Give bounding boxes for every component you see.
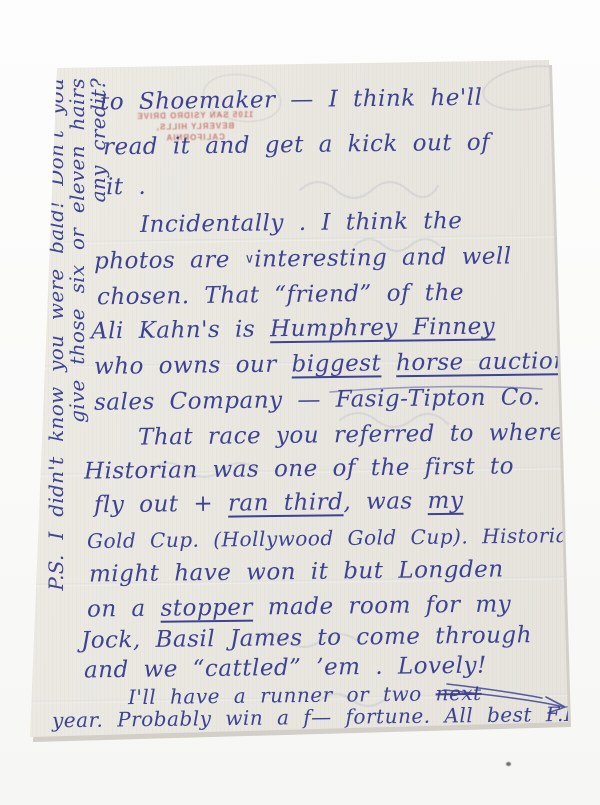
letter-line: to Shoemaker — I think he'll (100, 86, 483, 116)
letter-line: Historian was one of the first to (84, 454, 514, 485)
underlined-phrase: stopper (160, 595, 253, 622)
letter-line: photos are ∨interesting and well (94, 244, 512, 274)
letter-line: That race you referred to where (138, 420, 564, 450)
letter-line: read it and get a kick out of (103, 131, 491, 161)
letter-line: who owns our biggest horse auction (94, 349, 569, 380)
underlined-phrase: Humphrey Finney (270, 314, 495, 343)
letter-line: might have won it but Longden (89, 557, 504, 587)
ghost-seal-mark (479, 60, 580, 117)
underlined-phrase: my (427, 488, 463, 514)
letter-line: Incidentally . I think the (140, 209, 463, 238)
letter-line: Jock, Basil James to come through (81, 623, 532, 654)
letter-line: on a stopper made room for my (87, 592, 511, 622)
letter-paper: 1105 SAN YSIDRO DRIVE BEVERLY HILLS, CAL… (0, 0, 600, 805)
letter-line: chosen. That “friend” of the (97, 281, 464, 311)
underlined-phrase: biggest (291, 350, 381, 377)
scanned-letter: 1105 SAN YSIDRO DRIVE BEVERLY HILLS, CAL… (0, 0, 600, 805)
letter-line: fly out + ran third, was my (94, 489, 464, 519)
underlined-phrase: ran third (228, 489, 344, 516)
underlined-phrase: horse auction (396, 348, 569, 376)
letter-line: and we “cattled” ’em . Lovely! (84, 654, 487, 684)
margin-note-line: P.S. I didn't know you were bald! Don't … (46, 78, 67, 663)
insertion-caret: ∨ (245, 252, 255, 267)
margin-note-line: give those six or eleven hairs (67, 78, 88, 663)
letter-line: Gold Cup. (Hollywood Gold Cup). Historia… (87, 524, 582, 552)
letter-line: it . (106, 175, 147, 201)
scan-speck (506, 762, 511, 766)
letter-line: Ali Kahn's is Humphrey Finney (91, 315, 496, 345)
struck-word: next (435, 681, 481, 706)
letter-line: sales Company — Fasig-Tipton Co. (94, 385, 541, 416)
